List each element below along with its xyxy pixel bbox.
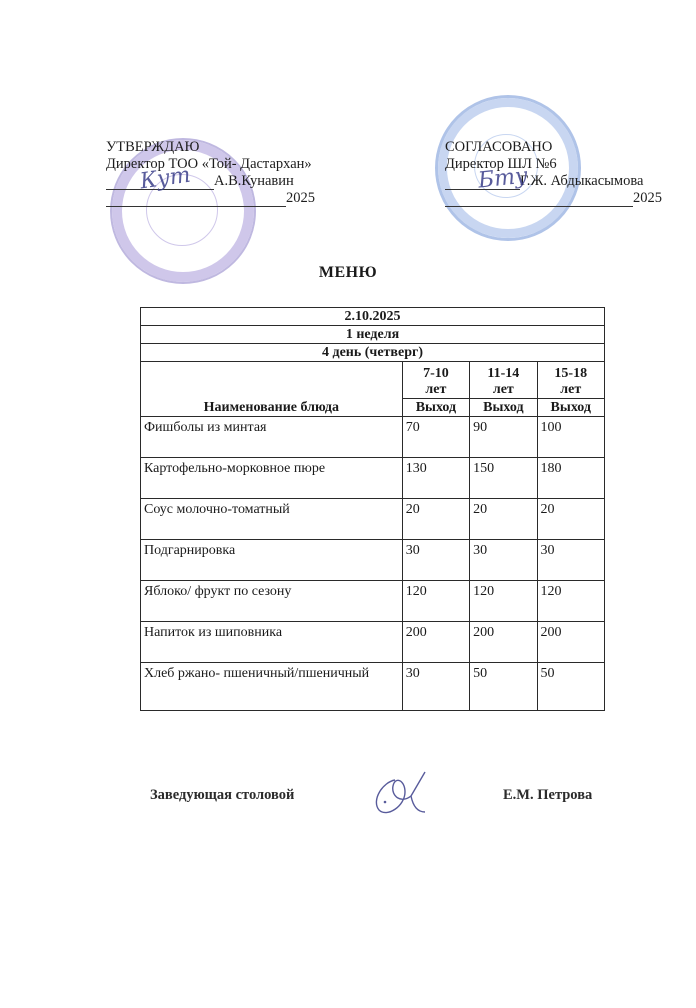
yield-column-header: Выход xyxy=(470,399,537,417)
agreement-year: 2025 xyxy=(633,190,662,207)
menu-row: Яблоко/ фрукт по сезону120120120 xyxy=(141,581,605,622)
yield-column-header: Выход xyxy=(537,399,604,417)
yield-value: 90 xyxy=(470,417,537,458)
approval-year: 2025 xyxy=(286,190,315,207)
menu-row: Фишболы из минтая7090100 xyxy=(141,417,605,458)
yield-value: 50 xyxy=(470,663,537,711)
yield-value: 130 xyxy=(402,458,469,499)
menu-date: 2.10.2025 xyxy=(141,308,605,326)
menu-row: Напиток из шиповника200200200 xyxy=(141,622,605,663)
footer-position: Заведующая столовой xyxy=(150,787,294,804)
age-group-header: 7-10 лет xyxy=(402,362,469,399)
yield-value: 200 xyxy=(537,622,604,663)
yield-value: 20 xyxy=(470,499,537,540)
footer-signatory: Е.М. Петрова xyxy=(503,787,592,804)
yield-value: 70 xyxy=(402,417,469,458)
agreement-heading: СОГЛАСОВАНО xyxy=(445,139,670,156)
dish-name: Напиток из шиповника xyxy=(141,622,403,663)
menu-rows: Фишболы из минтая7090100Картофельно-морк… xyxy=(141,417,605,711)
age-group-header: 11-14 лет xyxy=(470,362,537,399)
column-header-row: Наименование блюда Выход Выход Выход xyxy=(141,399,605,417)
week-row: 1 неделя xyxy=(141,326,605,344)
age-unit: лет xyxy=(406,382,466,398)
yield-value: 120 xyxy=(537,581,604,622)
dish-column-header: Наименование блюда xyxy=(141,399,403,417)
menu-row: Картофельно-морковное пюре130150180 xyxy=(141,458,605,499)
agreement-signatory: Г.Ж. Абдыкасымова xyxy=(520,173,643,190)
approval-heading: УТВЕРЖДАЮ xyxy=(106,139,346,156)
approval-signatory: А.В.Кунавин xyxy=(214,173,294,190)
agreement-signature-icon: Бту xyxy=(477,163,529,193)
dish-name: Картофельно-морковное пюре xyxy=(141,458,403,499)
date-underline xyxy=(445,192,633,207)
yield-value: 20 xyxy=(537,499,604,540)
yield-value: 180 xyxy=(537,458,604,499)
menu-row: Хлеб ржано- пшеничный/пшеничный305050 xyxy=(141,663,605,711)
yield-value: 30 xyxy=(402,663,469,711)
yield-column-header: Выход xyxy=(402,399,469,417)
dish-name: Подгарнировка xyxy=(141,540,403,581)
page-title: МЕНЮ xyxy=(0,264,696,282)
empty-header-cell xyxy=(141,362,403,399)
menu-row: Соус молочно-томатный202020 xyxy=(141,499,605,540)
menu-table: 2.10.2025 1 неделя 4 день (четверг) 7-10… xyxy=(140,307,605,711)
age-group-header: 15-18 лет xyxy=(537,362,604,399)
yield-value: 200 xyxy=(470,622,537,663)
menu-day: 4 день (четверг) xyxy=(141,344,605,362)
age-unit: лет xyxy=(541,382,601,398)
footer-signature-icon xyxy=(365,762,445,822)
day-row: 4 день (четверг) xyxy=(141,344,605,362)
yield-value: 150 xyxy=(470,458,537,499)
age-group-row: 7-10 лет 11-14 лет 15-18 лет xyxy=(141,362,605,399)
menu-row: Подгарнировка303030 xyxy=(141,540,605,581)
yield-value: 100 xyxy=(537,417,604,458)
yield-value: 20 xyxy=(402,499,469,540)
yield-value: 120 xyxy=(402,581,469,622)
yield-value: 30 xyxy=(402,540,469,581)
age-range: 7-10 xyxy=(406,366,466,382)
date-row: 2.10.2025 xyxy=(141,308,605,326)
dish-name: Фишболы из минтая xyxy=(141,417,403,458)
yield-value: 30 xyxy=(537,540,604,581)
age-range: 11-14 xyxy=(473,366,533,382)
yield-value: 120 xyxy=(470,581,537,622)
dish-name: Хлеб ржано- пшеничный/пшеничный xyxy=(141,663,403,711)
age-range: 15-18 xyxy=(541,366,601,382)
dish-name: Соус молочно-томатный xyxy=(141,499,403,540)
yield-value: 50 xyxy=(537,663,604,711)
dish-name: Яблоко/ фрукт по сезону xyxy=(141,581,403,622)
menu-week: 1 неделя xyxy=(141,326,605,344)
yield-value: 200 xyxy=(402,622,469,663)
yield-value: 30 xyxy=(470,540,537,581)
date-underline xyxy=(106,192,286,207)
age-unit: лет xyxy=(473,382,533,398)
